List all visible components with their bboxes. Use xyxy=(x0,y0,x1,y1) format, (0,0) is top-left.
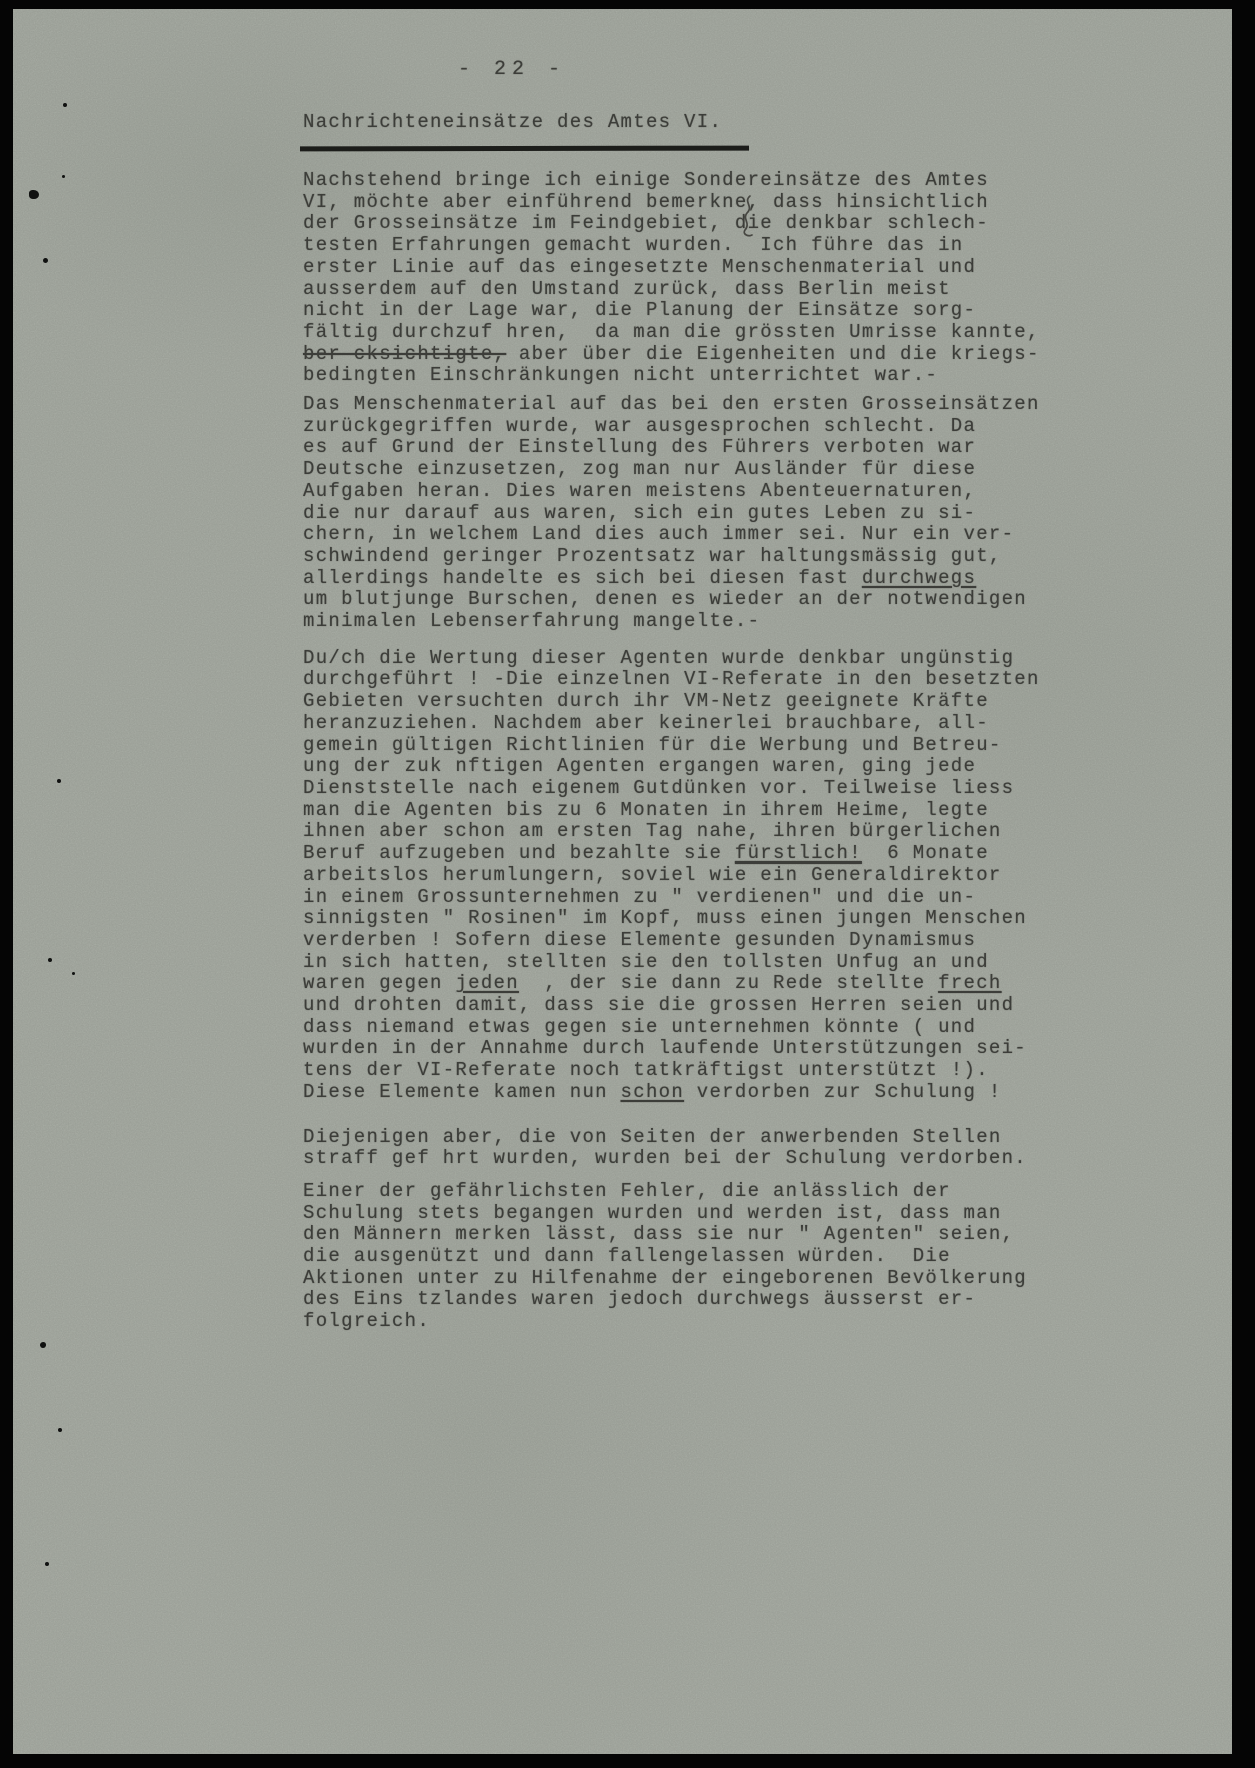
text-segment: Nachstehend bringe ich einige Sondereins… xyxy=(303,169,1040,343)
paragraph: Das Menschenmaterial auf das bei den ers… xyxy=(303,394,1103,633)
ink-speck xyxy=(45,1562,49,1566)
text-segment: Diejenigen aber, die von Seiten der anwe… xyxy=(303,1126,1027,1170)
page-number: - 22 - xyxy=(458,58,566,81)
typewritten-content: - 22 - Nachrichteneinsätze des Amtes VI.… xyxy=(13,9,1232,1754)
ink-speck xyxy=(40,1342,46,1348)
text-segment: , der sie dann zu Rede stellte xyxy=(519,972,938,994)
paper-sheet: - 22 - Nachrichteneinsätze des Amtes VI.… xyxy=(13,9,1232,1754)
handwritten-correction-mark xyxy=(738,194,764,240)
ink-speck xyxy=(43,258,48,263)
text-segment: Das Menschenmaterial auf das bei den ers… xyxy=(303,393,1040,589)
underlined-text-segment: frech xyxy=(938,972,1002,994)
paragraph: Einer der gefährlichsten Fehler, die anl… xyxy=(303,1181,1103,1333)
paragraph: Du/ch die Wertung dieser Agenten wurde d… xyxy=(303,648,1103,1104)
document-body: Nachstehend bringe ich einige Sondereins… xyxy=(303,170,1103,1333)
struck-text-segment: ber cksichtigte, xyxy=(303,343,506,365)
underlined-text-segment: durchwegs xyxy=(862,567,976,589)
paragraph: Nachstehend bringe ich einige Sondereins… xyxy=(303,170,1103,387)
underlined-text-segment: fürstlich! xyxy=(735,842,862,864)
document-heading: Nachrichteneinsätze des Amtes VI. xyxy=(303,111,722,133)
ink-speck xyxy=(57,779,61,783)
text-segment: Einer der gefährlichsten Fehler, die anl… xyxy=(303,1180,1027,1332)
paragraph: Diejenigen aber, die von Seiten der anwe… xyxy=(303,1127,1103,1170)
text-segment: verdorben zur Schulung ! xyxy=(684,1081,1002,1103)
ink-speck xyxy=(29,190,39,199)
underlined-text-segment: schon xyxy=(621,1081,685,1103)
ink-speck xyxy=(72,972,75,975)
heading-underline xyxy=(300,146,749,152)
ink-speck xyxy=(48,958,52,962)
scanned-document-page: - 22 - Nachrichteneinsätze des Amtes VI.… xyxy=(0,0,1255,1768)
underlined-text-segment: jeden xyxy=(455,972,519,994)
ink-speck xyxy=(63,103,67,107)
ink-speck xyxy=(58,1428,62,1432)
ink-speck xyxy=(62,175,65,178)
text-segment: um blutjunge Burschen, denen es wieder a… xyxy=(303,588,1027,632)
text-segment: Du/ch die Wertung dieser Agenten wurde d… xyxy=(303,647,1040,864)
